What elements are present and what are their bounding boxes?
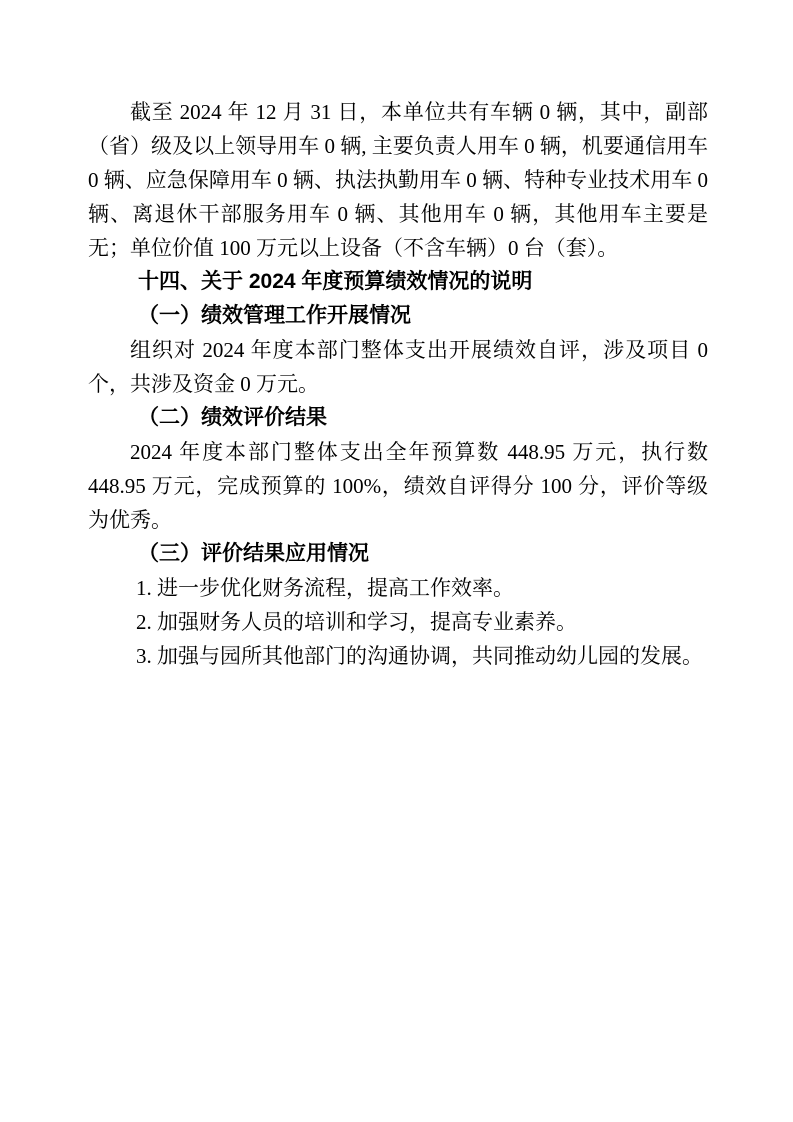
- heading-section-14: 十四、关于 2024 年度预算绩效情况的说明: [88, 265, 708, 299]
- document-page: 截至 2024 年 12 月 31 日，本单位共有车辆 0 辆，其中，副部（省）…: [0, 0, 793, 1122]
- paragraph-performance-management: 组织对 2024 年度本部门整体支出开展绩效自评，涉及项目 0 个，共涉及资金 …: [88, 333, 708, 401]
- heading-subsection-1: （一）绩效管理工作开展情况: [88, 299, 708, 333]
- list-item-2: 2. 加强财务人员的培训和学习，提高专业素养。: [88, 605, 708, 639]
- heading-subsection-2: （二）绩效评价结果: [88, 401, 708, 435]
- list-item-1: 1. 进一步优化财务流程，提高工作效率。: [88, 571, 708, 605]
- list-item-3: 3. 加强与园所其他部门的沟通协调，共同推动幼儿园的发展。: [88, 639, 708, 673]
- paragraph-performance-evaluation: 2024 年度本部门整体支出全年预算数 448.95 万元，执行数 448.95…: [88, 435, 708, 537]
- paragraph-vehicle-assets: 截至 2024 年 12 月 31 日，本单位共有车辆 0 辆，其中，副部（省）…: [88, 95, 708, 265]
- heading-subsection-3: （三）评价结果应用情况: [88, 537, 708, 571]
